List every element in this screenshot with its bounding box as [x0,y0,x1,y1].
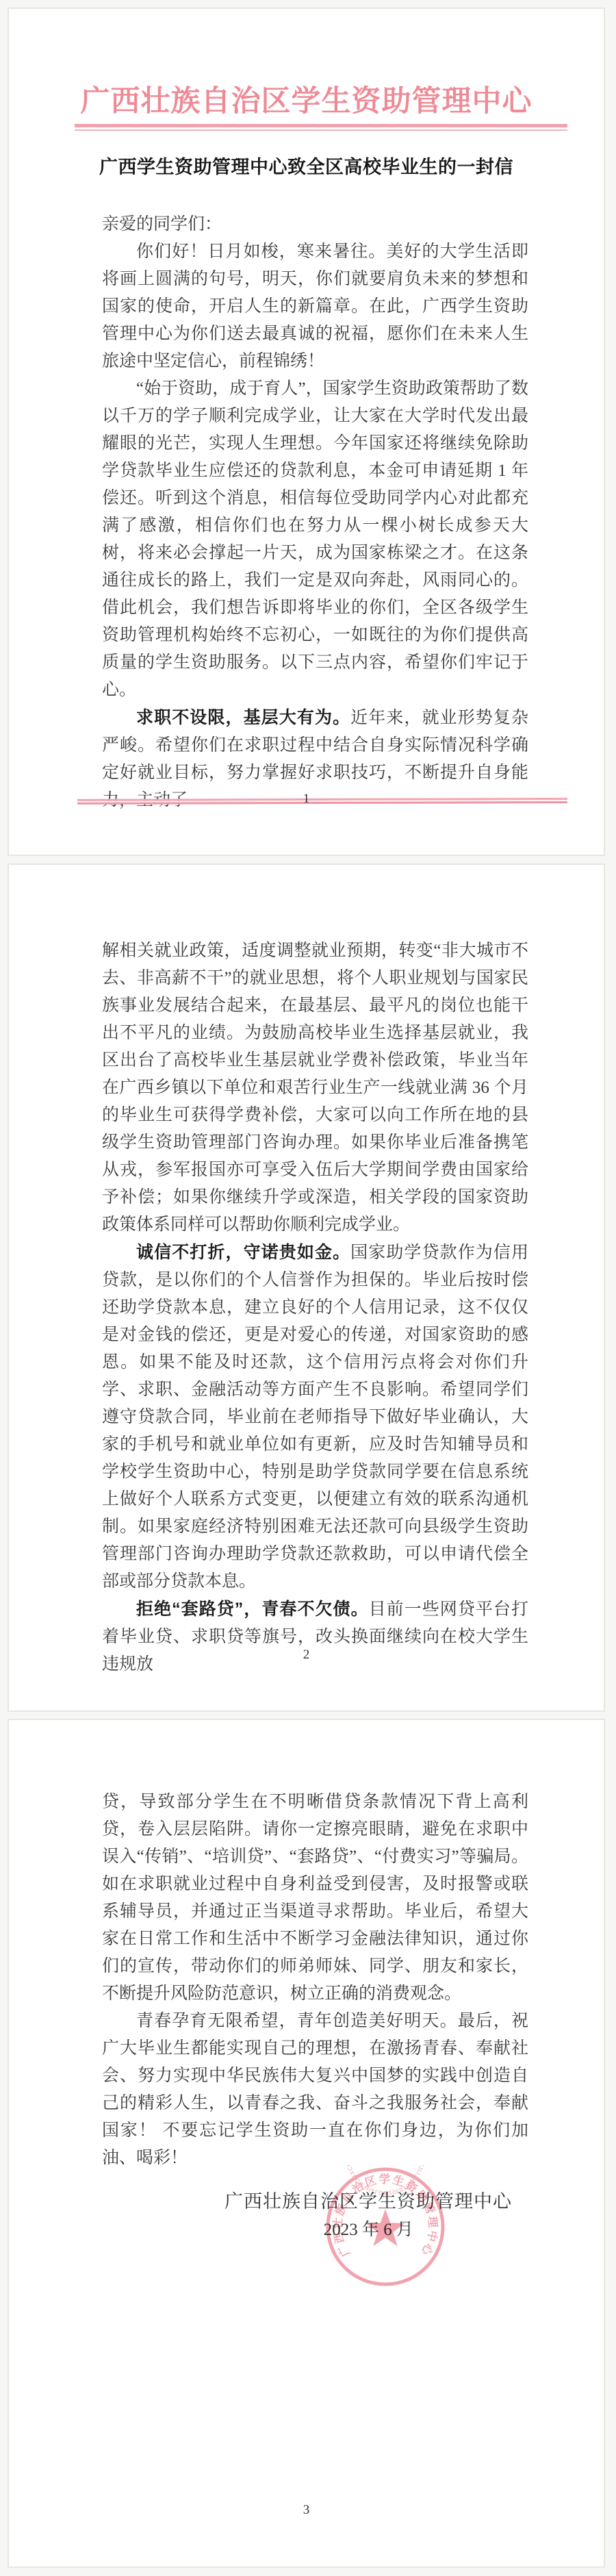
paragraph: 贷，导致部分学生在不明晰借贷条款情况下背上高利贷，卷入层层陷阱。请你一定擦亮眼睛… [102,1789,528,2008]
document-title: 广西学生资助管理中心致全区高校毕业生的一封信 [9,152,604,179]
paragraph-text: 亲爱的同学们： [102,215,222,233]
paragraph: 亲爱的同学们： [102,211,528,238]
bold-lead-in: 拒绝“套路贷”，青春不欠债。 [136,1600,369,1619]
page-1: 广西壮族自治区学生资助管理中心 广西学生资助管理中心致全区高校毕业生的一封信 亲… [8,8,605,856]
paragraph-text: 解相关就业政策，适度调整就业预期，转变“非大城市不去、非高薪不干”的就业思想，将… [102,942,528,1234]
page-number: 1 [9,792,604,807]
paragraph: 诚信不打折，守诺贵如金。国家助学贷款作为信用贷款，是以你们的个人信誉作为担保的。… [102,1239,528,1595]
page-3: 贷，导致部分学生在不明晰借贷条款情况下背上高利贷，卷入层层陷阱。请你一定擦亮眼睛… [8,1719,605,2568]
page-3-body: 贷，导致部分学生在不明晰借贷条款情况下背上高利贷，卷入层层陷阱。请你一定擦亮眼睛… [102,1789,528,2172]
divider-thin-line [75,129,567,131]
official-seal-icon: 广西壮族自治区学生资助管理中心 GVANGJSIH BOUXCUENGH SWC… [324,2165,447,2288]
paragraph: 你们好！日月如梭，寒来暑往。美好的大学生活即将画上圆满的句号，明天，你们就要肩负… [102,238,528,375]
paragraph-text: 国家助学贷款作为信用贷款，是以你们的个人信誉作为担保的。毕业后按时偿还助学贷款本… [102,1243,528,1591]
letterhead-divider [75,124,567,131]
paragraph: 青春孕育无限希望，青年创造美好明天。最后，祝广大毕业生都能实现自己的理想，在激扬… [102,2008,528,2172]
paragraph: “始于资助，成于育人”，国家学生资助政策帮助了数以千万的学子顺利完成学业，让大家… [102,375,528,704]
paragraph: 解相关就业政策，适度调整就业预期，转变“非大城市不去、非高薪不干”的就业思想，将… [102,937,528,1239]
page-number: 2 [9,1647,604,1663]
bold-lead-in: 诚信不打折，守诺贵如金。 [136,1243,350,1262]
bold-lead-in: 求职不设限，基层大有为。 [136,708,350,727]
paragraph-text: 你们好！日月如梭，寒来暑往。美好的大学生活即将画上圆满的句号，明天，你们就要肩负… [102,242,528,370]
paragraph-text: “始于资助，成于育人”，国家学生资助政策帮助了数以千万的学子顺利完成学业，让大家… [102,379,528,699]
paragraph: 拒绝“套路贷”，青春不欠债。目前一些网贷平台打着毕业贷、求职贷等旗号，改头换面继… [102,1595,528,1678]
letterhead-org-name: 广西壮族自治区学生资助管理中心 [9,78,604,120]
page-2: 解相关就业政策，适度调整就业预期，转变“非大城市不去、非高薪不干”的就业思想，将… [8,863,605,1712]
paragraph-text: 青春孕育无限希望，青年创造美好明天。最后，祝广大毕业生都能实现自己的理想，在激扬… [102,2012,528,2167]
page-1-body: 亲爱的同学们：你们好！日月如梭，寒来暑往。美好的大学生活即将画上圆满的句号，明天… [102,211,528,814]
page-number: 3 [9,2503,604,2518]
paragraph-text: 贷，导致部分学生在不明晰借贷条款情况下背上高利贷，卷入层层陷阱。请你一定擦亮眼睛… [102,1793,528,2003]
page-2-body: 解相关就业政策，适度调整就业预期，转变“非大城市不去、非高薪不干”的就业思想，将… [102,937,528,1678]
seal-star-icon [366,2209,405,2246]
